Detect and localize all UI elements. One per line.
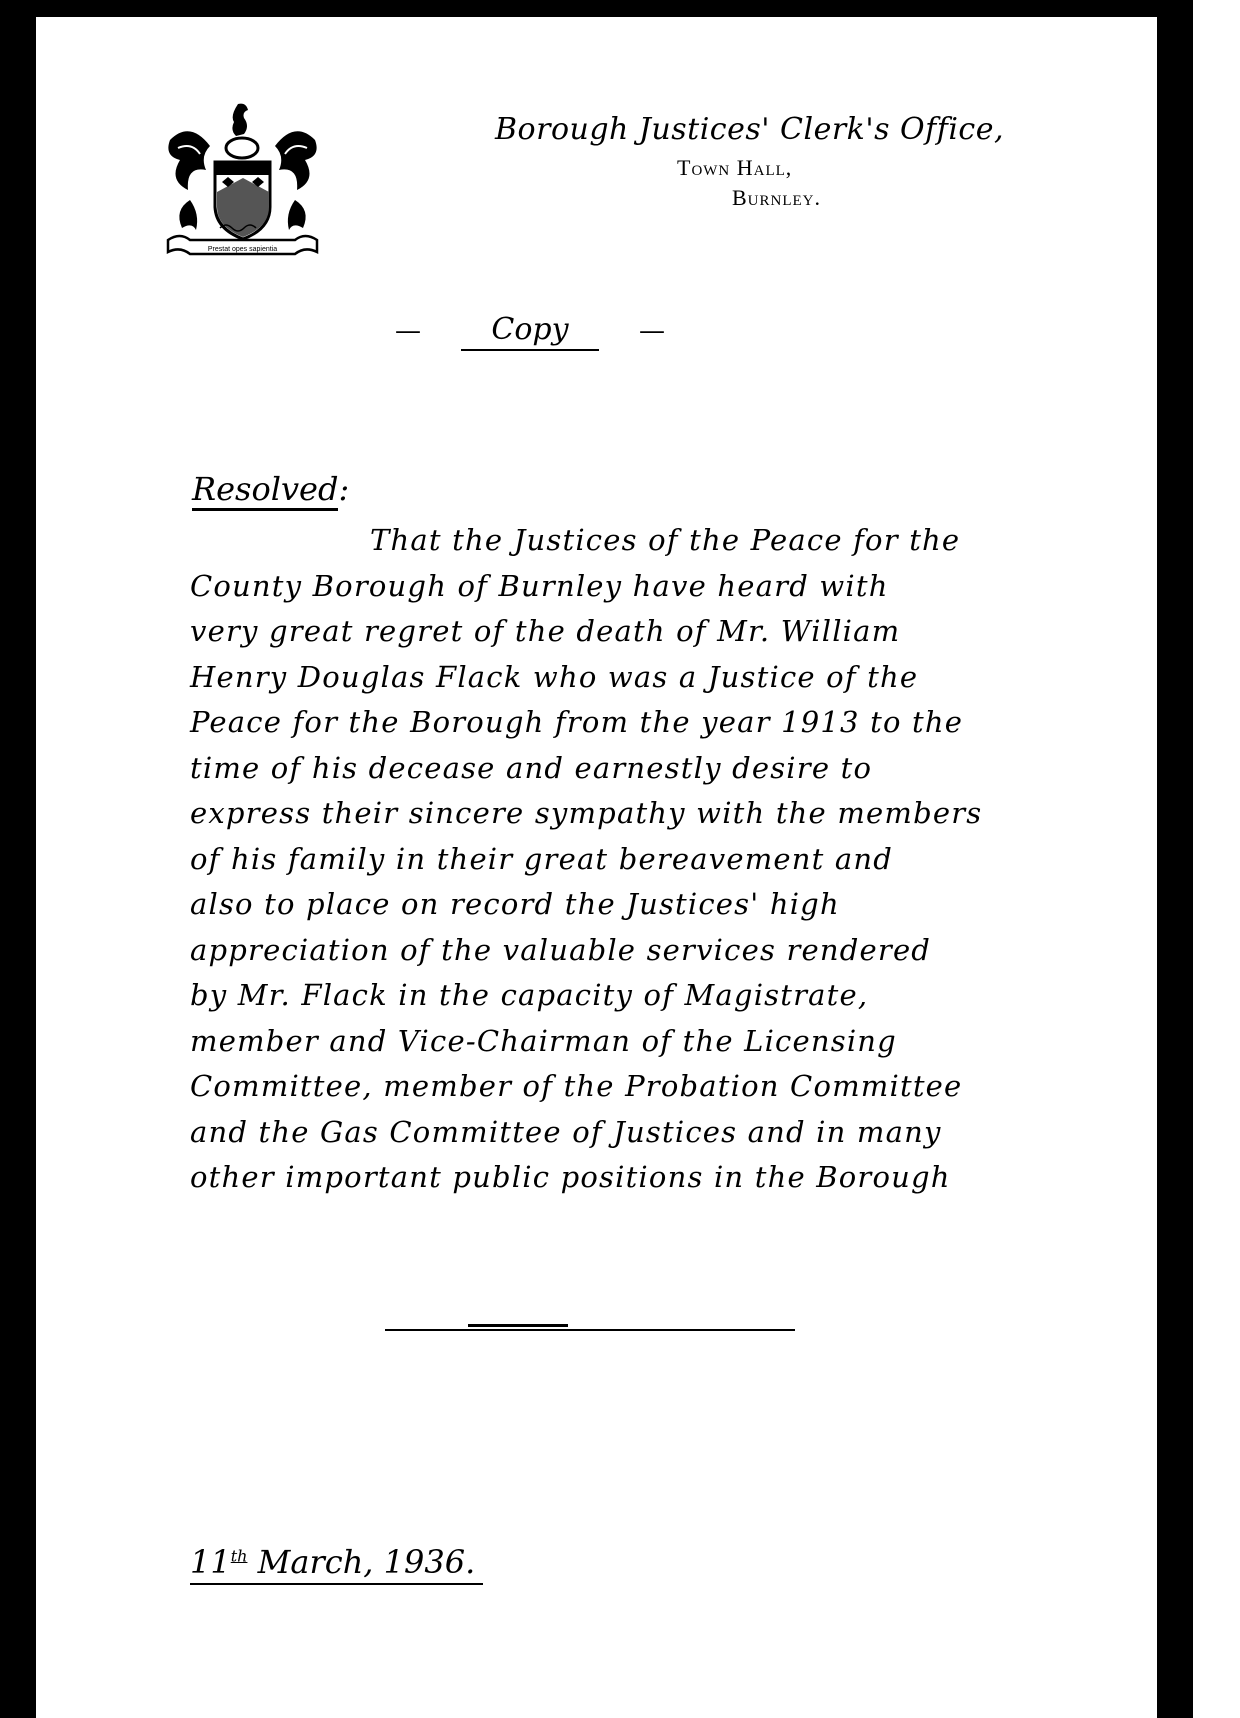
body-line: Henry Douglas Flack who was a Justice of… [190, 655, 1120, 701]
letterhead-town-hall: Town Hall, [677, 155, 792, 181]
copy-dash-right: — [639, 316, 665, 346]
date-day: 11 [190, 1543, 231, 1581]
divider-rule-short [468, 1324, 568, 1327]
body-line: also to place on record the Justices' hi… [190, 882, 1120, 928]
body-line: by Mr. Flack in the capacity of Magistra… [190, 973, 1120, 1019]
scan-border-left [0, 0, 36, 1718]
resolved-label: Resolved [192, 470, 338, 511]
letterhead-burnley: Burnley. [732, 185, 821, 211]
body-line: Committee, member of the Probation Commi… [190, 1064, 1120, 1110]
coat-of-arms-icon: Prestat opes sapientia [160, 100, 325, 260]
document-date: 11th March, 1936. [190, 1543, 483, 1585]
body-line: County Borough of Burnley have heard wit… [190, 564, 1120, 610]
body-line: That the Justices of the Peace for the [190, 518, 1120, 564]
scan-border-right [1157, 0, 1193, 1718]
body-line: time of his decease and earnestly desire… [190, 746, 1120, 792]
date-ordinal: th [231, 1546, 248, 1565]
copy-dash-left: — [395, 316, 421, 346]
scan-border-top [0, 0, 1193, 17]
copy-heading: — Copy — [395, 312, 665, 351]
resolved-heading: Resolved: [192, 470, 349, 508]
body-line: very great regret of the death of Mr. Wi… [190, 609, 1120, 655]
resolution-body: That the Justices of the Peace for the C… [190, 518, 1120, 1201]
svg-text:Prestat opes sapientia: Prestat opes sapientia [208, 246, 277, 253]
body-line: appreciation of the valuable services re… [190, 928, 1120, 974]
letterhead-office: Borough Justices' Clerk's Office, [495, 112, 1004, 147]
body-line: Peace for the Borough from the year 1913… [190, 700, 1120, 746]
divider-rule-long [385, 1329, 795, 1331]
body-line: express their sincere sympathy with the … [190, 791, 1120, 837]
copy-label: Copy [461, 312, 598, 351]
date-rest: March, 1936. [247, 1543, 475, 1581]
body-line: of his family in their great bereavement… [190, 837, 1120, 883]
body-line: member and Vice-Chairman of the Licensin… [190, 1019, 1120, 1065]
body-line: and the Gas Committee of Justices and in… [190, 1110, 1120, 1156]
body-line: other important public positions in the … [190, 1155, 1120, 1201]
resolved-colon: : [338, 470, 349, 508]
